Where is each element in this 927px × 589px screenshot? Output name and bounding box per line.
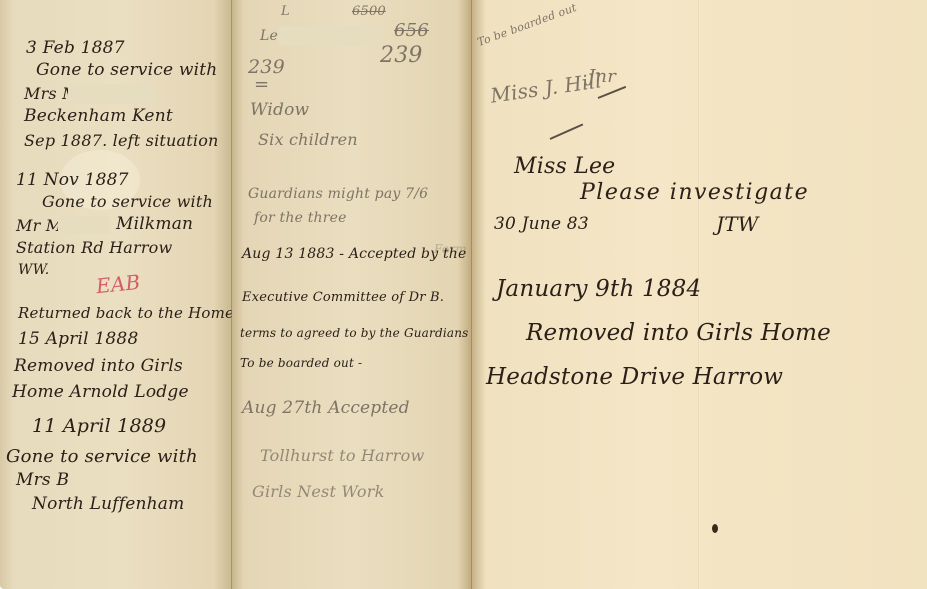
memo-initials: JTW [716,212,759,236]
entry-text: Gone to service with [6,446,198,467]
entry-text: Mr M [16,216,62,235]
entry-text: Returned back to the Home [18,304,234,322]
committee-note: To be boarded out - [240,356,362,370]
double-rule: = [254,74,269,95]
entry-text: Mrs B [16,470,69,490]
entry-text: Beckenham Kent [24,106,173,126]
entry-text: Milkman [116,214,193,234]
entry-date: 11 Nov 1887 [16,170,129,190]
document-panel-right: To be boarded out Miss J. Hill Jnr Miss … [472,0,927,589]
entry-text: Headstone Drive Harrow [486,364,783,390]
entry-date: 15 April 1888 [18,329,138,349]
underline [550,123,584,139]
pencil-note: Tollhurst to Harrow [260,446,424,465]
committee-note: Executive Committee of Dr B. [242,290,444,305]
addressee: Miss J. Hill [489,68,603,107]
addressee-suffix: Jnr [588,66,616,87]
number-656: 656 [394,20,429,41]
entry-date: January 9th 1884 [496,276,701,302]
note-text: Widow [250,100,309,120]
document-panel-middle: L 6500 Le 656 239 239 = Widow Six childr… [232,0,472,589]
committee-note: terms to agreed to by the Guardians - [240,326,477,340]
ink-spot [712,524,718,533]
entry-text: Home Arnold Lodge [12,382,189,402]
case-number: 239 [380,43,423,68]
committee-note: Aug 13 1883 - Accepted by the [242,246,466,262]
redacted-name [58,216,110,234]
entry-date: 11 April 1889 [32,415,166,437]
note-text: for the three [254,210,347,226]
entry-text: Removed into Girls Home [526,320,831,346]
entry-text: Sep 1887. left situation [24,131,219,150]
entry-text: North Luffenham [32,494,184,514]
memo-date: 30 June 83 [494,214,589,234]
entry-date: 3 Feb 1887 [26,38,125,58]
struck-number: 6500 [352,4,386,19]
pencil-note: Girls Nest Work [252,482,385,501]
mark: L [281,4,290,19]
memo-body: Please investigate [580,180,809,205]
accepted-note: Aug 27th Accepted [242,398,410,418]
entry-text: Removed into Girls [14,356,183,376]
entry-text: Gone to service with [36,60,217,80]
note-text: Six children [258,130,358,149]
abbreviation: Le [260,28,278,44]
note-text: Guardians might pay 7/6 [248,186,428,202]
entry-text: Gone to service with [42,192,213,211]
entry-text: Station Rd Harrow [16,238,172,257]
top-note: To be boarded out [476,1,579,49]
redacted-name [68,84,156,104]
document-panel-left: 3 Feb 1887 Gone to service with Mrs M Be… [0,0,232,589]
entry-text: WW. [18,262,49,278]
red-initials-stamp: EAB [95,270,142,299]
memo-to: Miss Lee [514,154,615,179]
redacted-name [278,26,382,46]
